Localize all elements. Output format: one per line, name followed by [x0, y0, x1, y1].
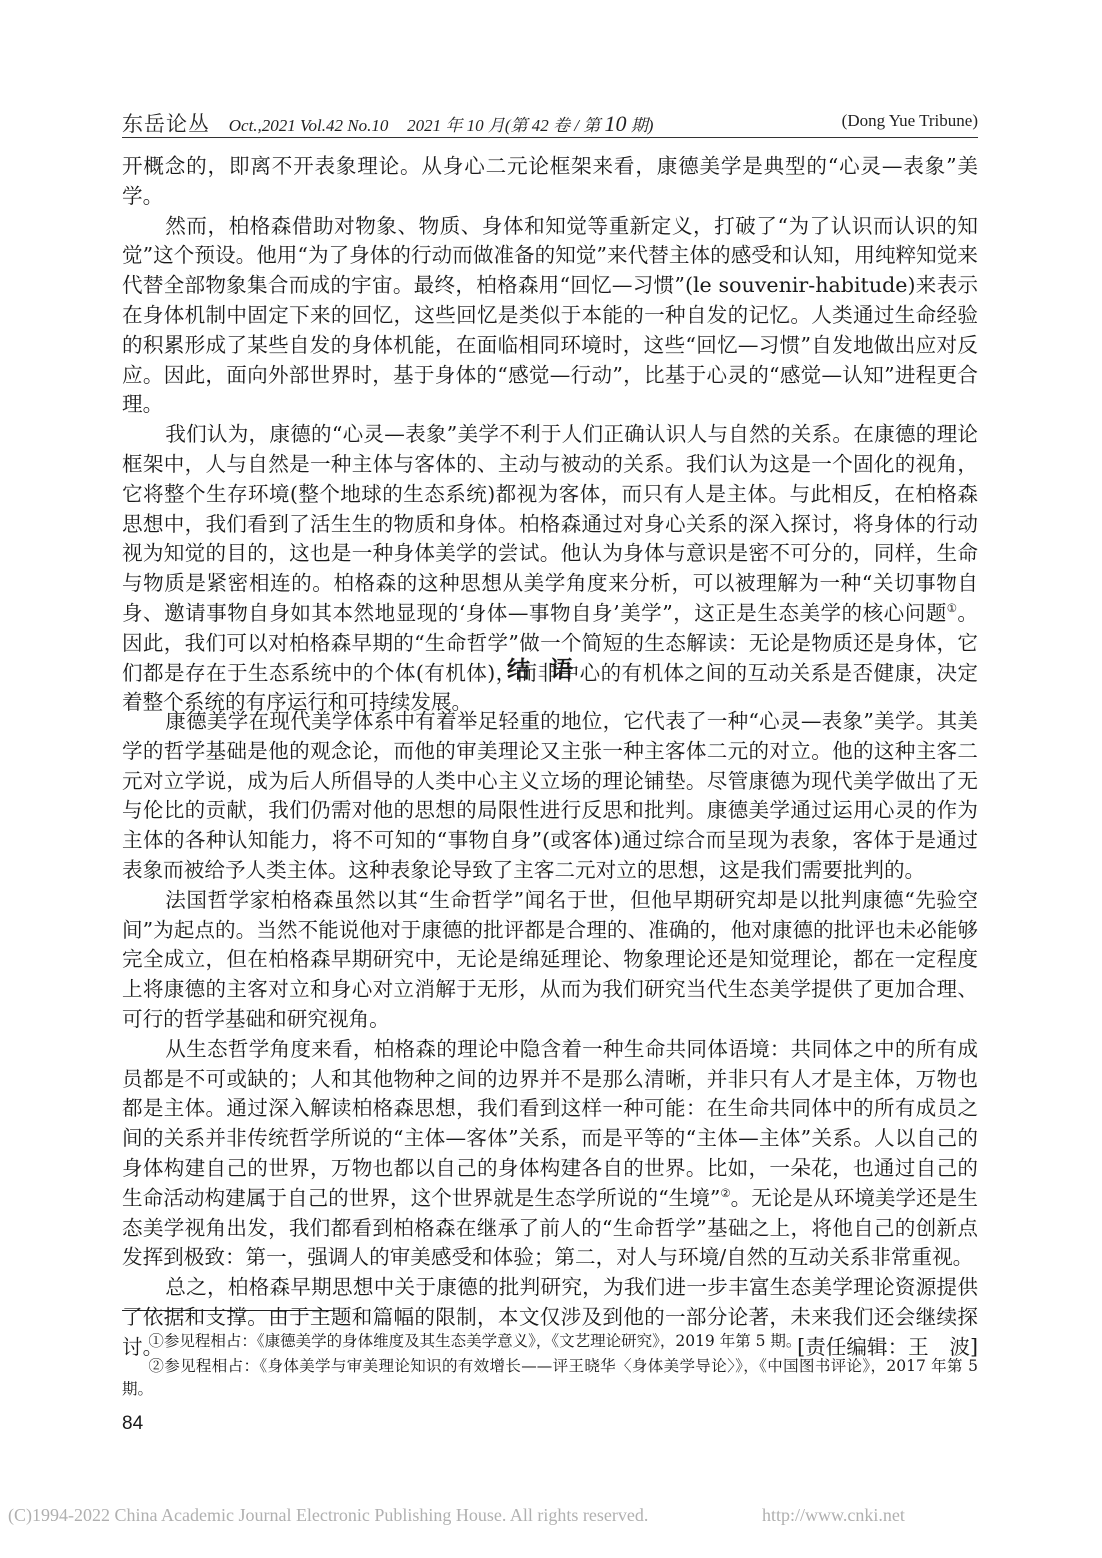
- footnote-2: ②参见程相占：《身体美学与审美理论知识的有效增长——评王晓华〈身体美学导论〉》，…: [122, 1355, 978, 1401]
- body-section-1: 开概念的，即离不开表象理论。从身心二元论框架来看，康德美学是典型的“心灵—表象”…: [122, 152, 978, 718]
- issue-cn-number: 10: [605, 111, 627, 136]
- header-rule: [122, 137, 978, 138]
- page-number: 84: [122, 1413, 143, 1435]
- paragraph-text: 我们认为，康德的“心灵—表象”美学不利于人们正确认识人与自然的关系。在康德的理论…: [122, 422, 978, 625]
- paragraph: 康德美学在现代美学体系中有着举足轻重的地位，它代表了一种“心灵—表象”美学。其美…: [122, 707, 978, 886]
- paragraph-text: 从生态哲学角度来看，柏格森的理论中隐含着一种生命共同体语境：共同体之中的所有成员…: [122, 1037, 978, 1210]
- issue-info-english: Oct.,2021 Vol.42 No.10: [229, 116, 389, 135]
- paragraph: 开概念的，即离不开表象理论。从身心二元论框架来看，康德美学是典型的“心灵—表象”…: [122, 152, 978, 212]
- footnote-rule: [122, 1310, 335, 1311]
- cnki-link[interactable]: http://www.cnki.net: [762, 1505, 905, 1526]
- footnotes: ①参见程相占：《康德美学的身体维度及其生态美学意义》，《文艺理论研究》，2019…: [122, 1330, 978, 1403]
- issue-cn-suffix: 期): [631, 116, 654, 135]
- section-title: 结语: [122, 651, 978, 684]
- paragraph: 从生态哲学角度来看，柏格森的理论中隐含着一种生命共同体语境：共同体之中的所有成员…: [122, 1035, 978, 1273]
- paragraph: 然而，柏格森借助对物象、物质、身体和知觉等重新定义，打破了“为了认识而认识的知觉…: [122, 212, 978, 421]
- copyright-notice: (C)1994-2022 China Academic Journal Elec…: [8, 1505, 648, 1526]
- footnote-ref-1[interactable]: ①: [947, 601, 958, 615]
- footnote-ref-2[interactable]: ②: [720, 1186, 730, 1200]
- journal-english-title: (Dong Yue Tribune): [842, 111, 978, 131]
- issue-info-chinese: 2021 年 10 月(第 42 卷 / 第 10 期): [407, 116, 653, 135]
- issue-cn-prefix: 2021 年 10 月(第 42 卷 / 第: [407, 116, 600, 135]
- paragraph: 法国哲学家柏格森虽然以其“生命哲学”闻名于世，但他早期研究却是以批判康德“先验空…: [122, 886, 978, 1035]
- journal-name: 东岳论丛: [122, 112, 210, 136]
- running-header: 东岳论丛 Oct.,2021 Vol.42 No.10 2021 年 10 月(…: [122, 108, 978, 136]
- conclusion-section: 康德美学在现代美学体系中有着举足轻重的地位，它代表了一种“心灵—表象”美学。其美…: [122, 707, 978, 1363]
- footnote-1: ①参见程相占：《康德美学的身体维度及其生态美学意义》，《文艺理论研究》，2019…: [122, 1330, 978, 1353]
